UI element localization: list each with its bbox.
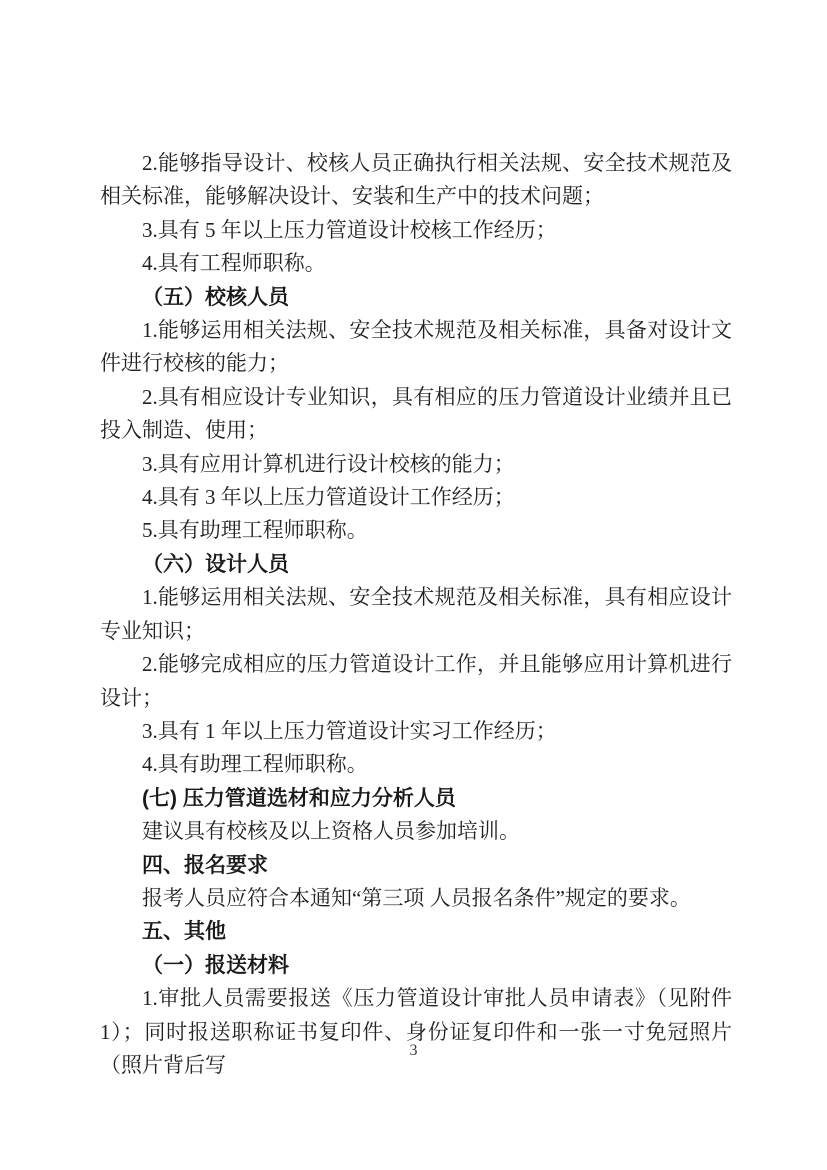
paragraph: 4.具有工程师职称。 — [100, 247, 732, 280]
paragraph: 3.具有应用计算机进行设计校核的能力； — [100, 448, 732, 481]
paragraph: 报考人员应符合本通知“第三项 人员报名条件”规定的要求。 — [100, 882, 732, 915]
section-heading: 四、报名要求 — [100, 849, 732, 882]
paragraph: 4.具有 3 年以上压力管道设计工作经历； — [100, 481, 732, 514]
paragraph: 1.能够运用相关法规、安全技术规范及相关标准，具有相应设计专业知识； — [100, 581, 732, 648]
paragraph: 2.能够指导设计、校核人员正确执行相关法规、安全技术规范及相关标准，能够解决设计… — [100, 147, 732, 214]
paragraph: 2.能够完成相应的压力管道设计工作，并且能够应用计算机进行设计； — [100, 648, 732, 715]
paragraph: 1.能够运用相关法规、安全技术规范及相关标准，具备对设计文件进行校核的能力； — [100, 314, 732, 381]
document-page: 2.能够指导设计、校核人员正确执行相关法规、安全技术规范及相关标准，能够解决设计… — [0, 0, 827, 1170]
section-heading: 五、其他 — [100, 915, 732, 948]
document-body: 2.能够指导设计、校核人员正确执行相关法规、安全技术规范及相关标准，能够解决设计… — [100, 147, 732, 1082]
section-heading: (七) 压力管道选材和应力分析人员 — [100, 782, 732, 815]
section-heading: （六）设计人员 — [100, 548, 732, 581]
paragraph: 5.具有助理工程师职称。 — [100, 514, 732, 547]
page-number: 3 — [0, 1040, 827, 1062]
paragraph: 3.具有 5 年以上压力管道设计校核工作经历； — [100, 214, 732, 247]
paragraph: 建议具有校核及以上资格人员参加培训。 — [100, 815, 732, 848]
paragraph: 2.具有相应设计专业知识，具有相应的压力管道设计业绩并且已投入制造、使用； — [100, 381, 732, 448]
paragraph: 1.审批人员需要报送《压力管道设计审批人员申请表》（见附件 1）；同时报送职称证… — [100, 982, 732, 1082]
paragraph: 3.具有 1 年以上压力管道设计实习工作经历； — [100, 715, 732, 748]
section-heading: （一）报送材料 — [100, 949, 732, 982]
paragraph: 4.具有助理工程师职称。 — [100, 748, 732, 781]
section-heading: （五）校核人员 — [100, 281, 732, 314]
